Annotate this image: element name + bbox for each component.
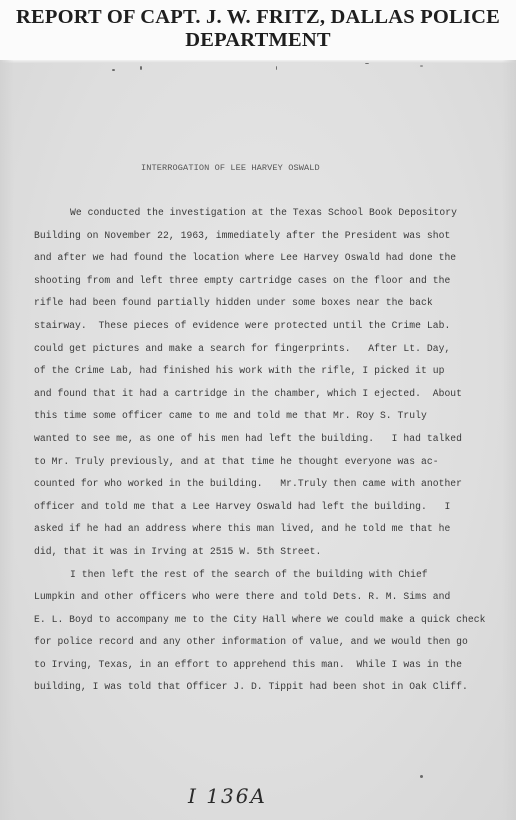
- scan-speck: [112, 69, 115, 71]
- typed-line: counted for who worked in the building. …: [34, 473, 516, 496]
- scan-speck: [420, 65, 423, 67]
- report-title-line-1: REPORT OF CAPT. J. W. FRITZ, DALLAS POLI…: [16, 6, 500, 28]
- typed-line: shooting from and left three empty cartr…: [34, 270, 516, 293]
- typed-line: officer and told me that a Lee Harvey Os…: [34, 496, 516, 519]
- scan-edge-left: [0, 60, 14, 820]
- typed-line: I then left the rest of the search of th…: [34, 564, 516, 587]
- scan-speck: [276, 66, 277, 70]
- typed-line: for police record and any other informat…: [34, 631, 516, 654]
- typed-line: of the Crime Lab, had finished his work …: [34, 360, 516, 383]
- typed-line: rifle had been found partially hidden un…: [34, 292, 516, 315]
- typed-line: asked if he had an address where this ma…: [34, 518, 516, 541]
- handwritten-exhibit-number: I 136A: [188, 784, 267, 808]
- typed-line: stairway. These pieces of evidence were …: [34, 315, 516, 338]
- typed-line: and after we had found the location wher…: [34, 247, 516, 270]
- typed-line: We conducted the investigation at the Te…: [34, 202, 516, 225]
- typed-line: to Mr. Truly previously, and at that tim…: [34, 451, 516, 474]
- typed-line: this time some officer came to me and to…: [34, 405, 516, 428]
- typed-line: building, I was told that Officer J. D. …: [34, 676, 516, 699]
- typed-line: to Irving, Texas, in an effort to appreh…: [34, 654, 516, 677]
- scan-speck: [365, 63, 369, 64]
- document-subtitle: INTERROGATION OF LEE HARVEY OSWALD: [141, 163, 320, 173]
- typed-line: could get pictures and make a search for…: [34, 338, 516, 361]
- scan-speck: [140, 66, 142, 70]
- report-title: REPORT OF CAPT. J. W. FRITZ, DALLAS POLI…: [0, 0, 516, 52]
- typed-report-body: We conducted the investigation at the Te…: [34, 202, 516, 699]
- report-header: REPORT OF CAPT. J. W. FRITZ, DALLAS POLI…: [0, 0, 516, 60]
- scanned-page: INTERROGATION OF LEE HARVEY OSWALD We co…: [0, 60, 516, 820]
- scan-speck: [420, 775, 423, 778]
- typed-line: wanted to see me, as one of his men had …: [34, 428, 516, 451]
- typed-line: Building on November 22, 1963, immediate…: [34, 225, 516, 248]
- typed-line: Lumpkin and other officers who were ther…: [34, 586, 516, 609]
- typed-line: and found that it had a cartridge in the…: [34, 383, 516, 406]
- report-title-line-2: DEPARTMENT: [185, 29, 331, 51]
- typed-line: E. L. Boyd to accompany me to the City H…: [34, 609, 516, 632]
- typed-line: did, that it was in Irving at 2515 W. 5t…: [34, 541, 516, 564]
